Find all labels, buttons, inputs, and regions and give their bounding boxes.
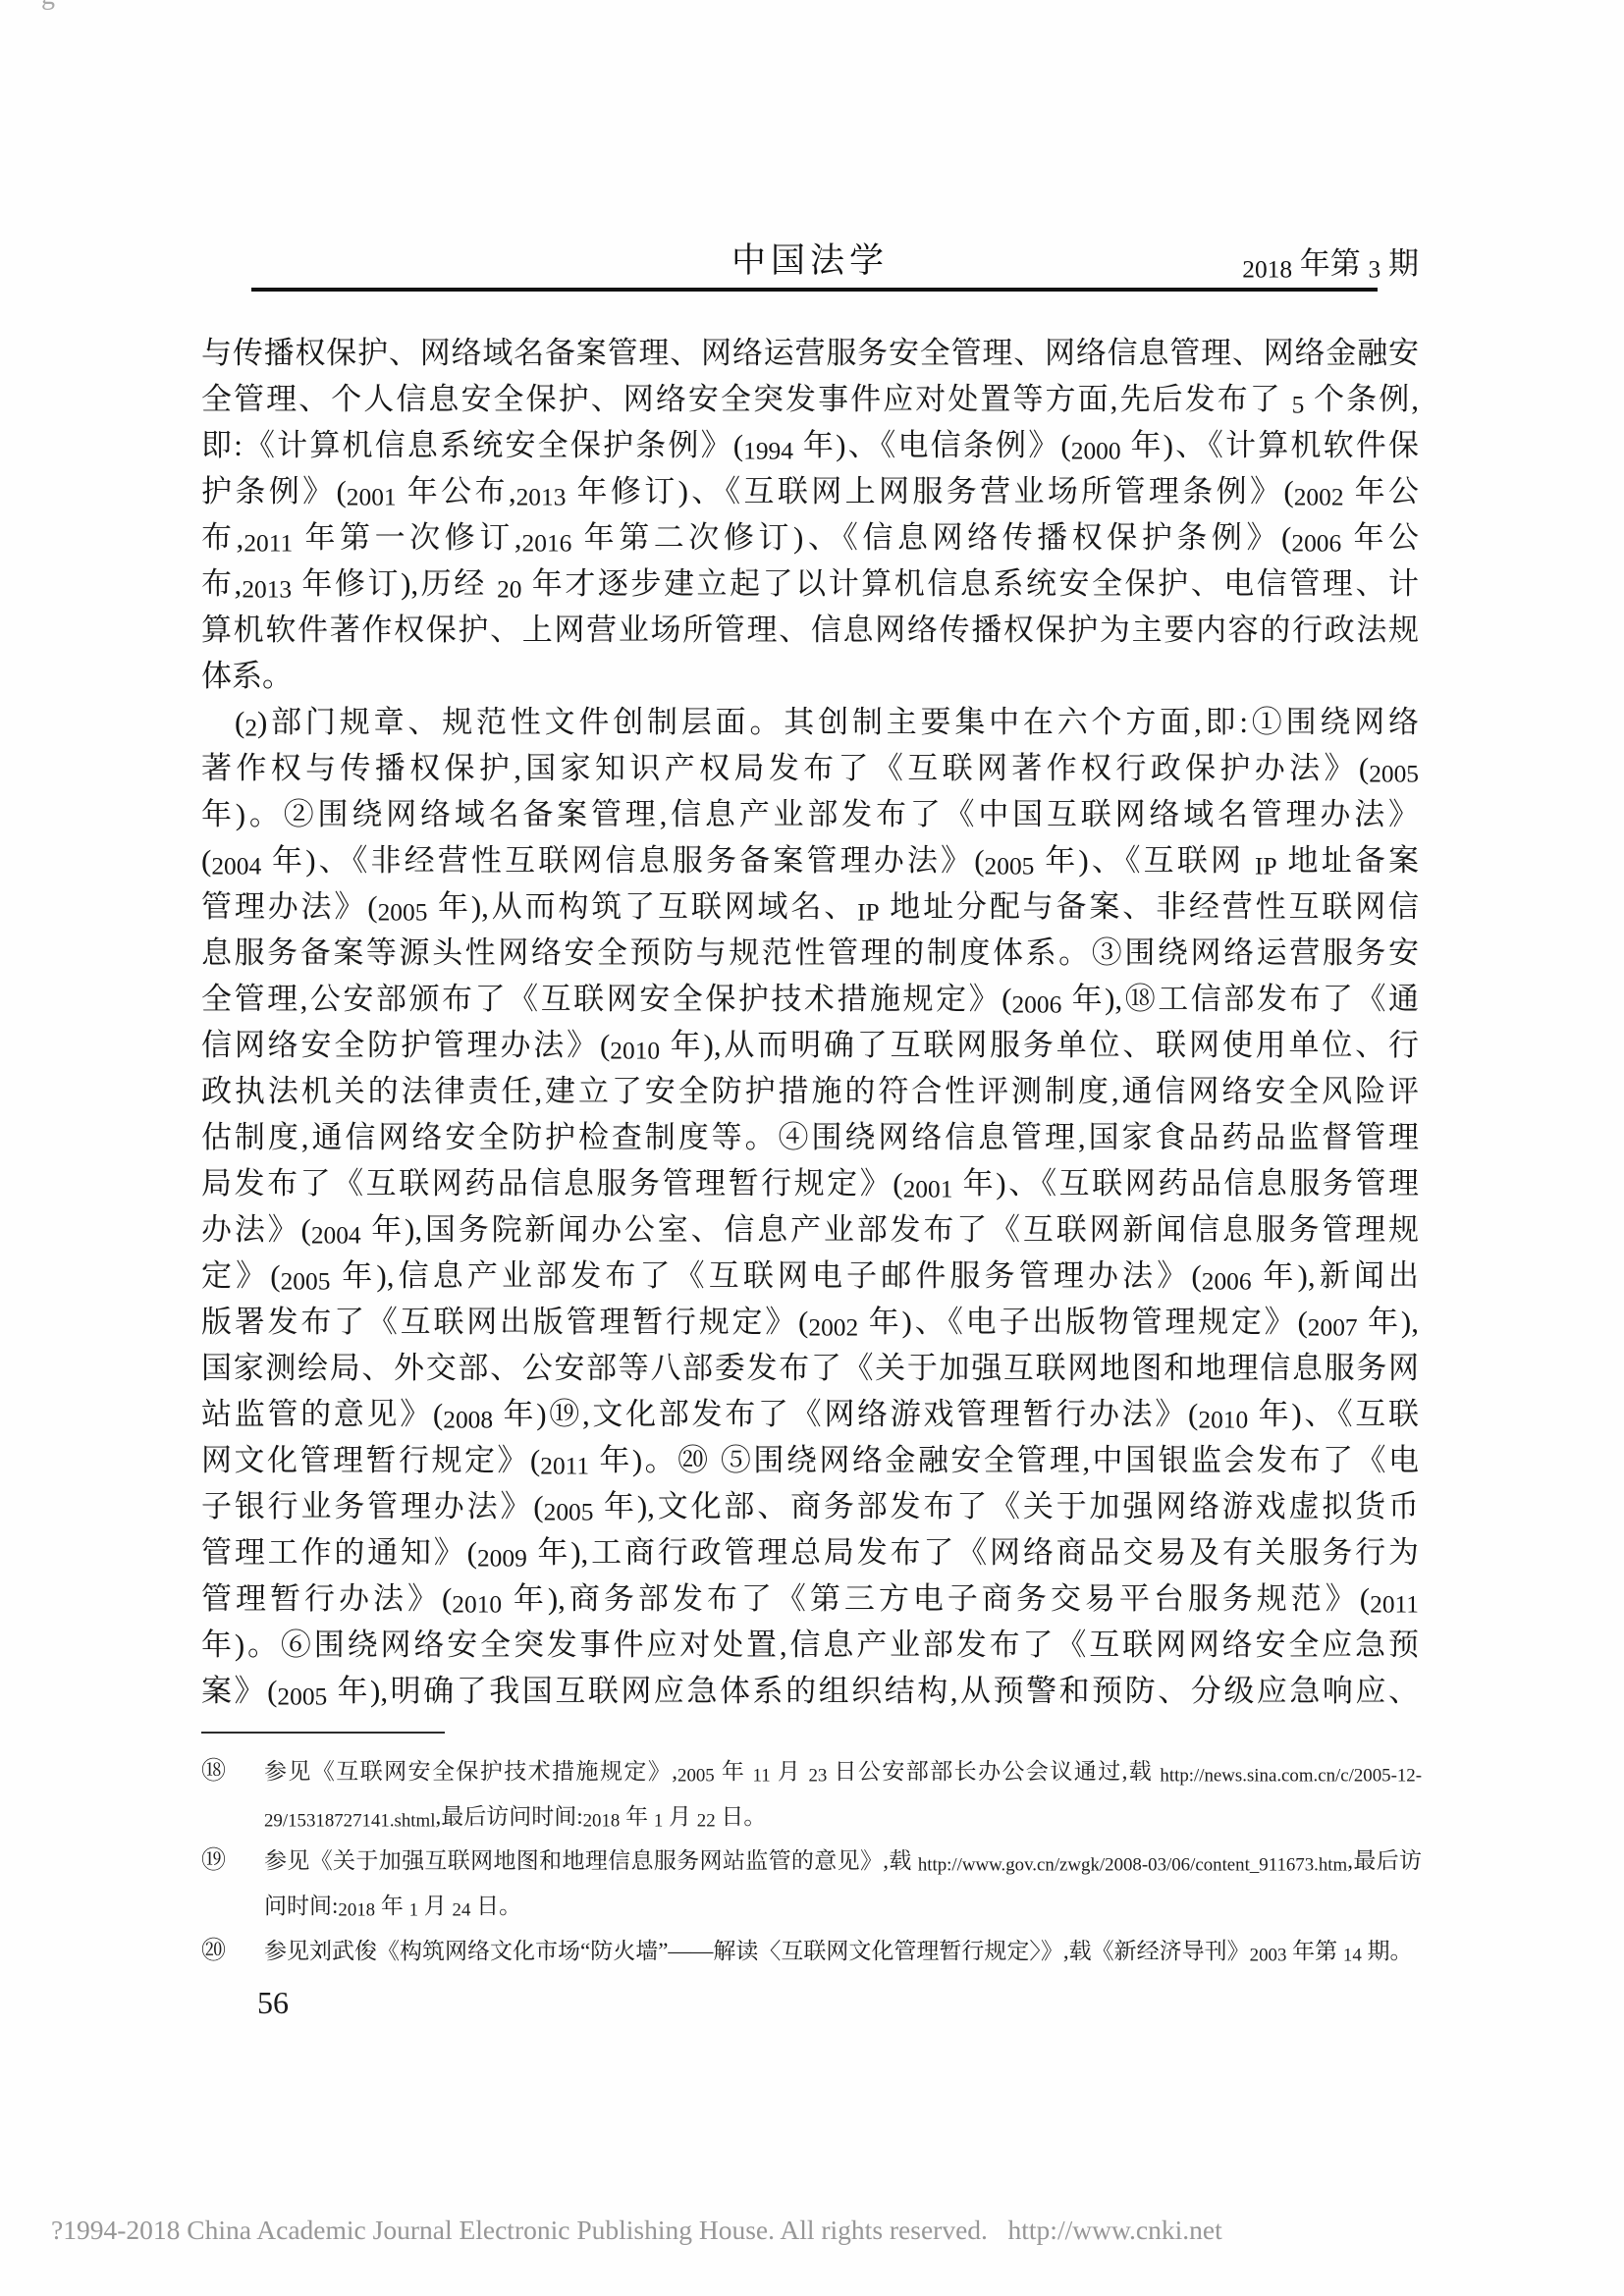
body-text-line: 政执法机关的法律责任,建立了安全防护措施的符合性评测制度,通信网络安全风险评 <box>201 1068 1419 1114</box>
body-text-line: 管理办法》(2005 年),从而构筑了互联网域名、IP 地址分配与备案、非经营性… <box>201 883 1419 930</box>
body-text-line: 国家测绘局、外交部、公安部等八部委发布了《关于加强互联网地图和地理信息服务网 <box>201 1345 1419 1391</box>
footnote-text: 参见《互联网安全保护技术措施规定》,2005 年 11 月 23 日公安部部长办… <box>264 1751 1422 1841</box>
footnote-text: 参见《关于加强互联网地图和地理信息服务网站监管的意见》,载 http://www… <box>264 1841 1422 1930</box>
body-text-line: 年)。②围绕网络域名备案管理,信息产业部发布了《中国互联网络域名管理办法》 <box>201 791 1419 837</box>
body-text-line: 与传播权保护、网络域名备案管理、网络运营服务安全管理、网络信息管理、网络金融安 <box>201 330 1419 376</box>
body-text-line: 布,2013 年修订),历经 20 年才逐步建立起了以计算机信息系统安全保护、电… <box>201 561 1419 607</box>
body-text-line: 著作权与传播权保护,国家知识产权局发布了《互联网著作权行政保护办法》(2005 <box>201 745 1419 791</box>
body-text-line: 全管理,公安部颁布了《互联网安全保护技术措施规定》(2006 年),⑱工信部发布… <box>201 976 1419 1022</box>
header-rule <box>251 288 1378 292</box>
body-text-line: 息服务备案等源头性网络安全预防与规范性管理的制度体系。③围绕网络运营服务安 <box>201 930 1419 976</box>
issue-label: 2018 年第 3 期 <box>1242 239 1419 285</box>
footnote-text: 参见刘武俊《构筑网络文化市场“防火墙”——解读〈互联网文化管理暂行规定〉》,载《… <box>264 1931 1422 1976</box>
journal-title: 中国法学 <box>201 234 1419 283</box>
body-text-line: 案》(2005 年),明确了我国互联网应急体系的组织结构,从预警和预防、分级应急… <box>201 1668 1419 1714</box>
footnote-item: ⑱ 参见《互联网安全保护技术措施规定》,2005 年 11 月 23 日公安部部… <box>201 1751 1422 1841</box>
body-text-line: 版署发布了《互联网出版管理暂行规定》(2002 年)、《电子出版物管理规定》(2… <box>201 1299 1419 1345</box>
body-text-line: 全管理、个人信息安全保护、网络安全突发事件应对处置等方面,先后发布了 5 个条例… <box>201 376 1419 422</box>
body-text-line: (2004 年)、《非经营性互联网信息服务备案管理办法》(2005 年)、《互联… <box>201 837 1419 883</box>
body-text-line: 布,2011 年第一次修订,2016 年第二次修订)、《信息网络传播权保护条例》… <box>201 514 1419 561</box>
body-text-line: (2)部门规章、规范性文件创制层面。其创制主要集中在六个方面,即:①围绕网络 <box>201 699 1419 745</box>
footnote-item: ⑲ 参见《关于加强互联网地图和地理信息服务网站监管的意见》,载 http://w… <box>201 1841 1422 1930</box>
body-text: 与传播权保护、网络域名备案管理、网络运营服务安全管理、网络信息管理、网络金融安 … <box>201 330 1419 1714</box>
body-text-line: 管理工作的通知》(2009 年),工商行政管理总局发布了《网络商品交易及有关服务… <box>201 1529 1419 1575</box>
body-text-line: 定》(2005 年),信息产业部发布了《互联网电子邮件服务管理办法》(2006 … <box>201 1253 1419 1299</box>
footnotes: ⑱ 参见《互联网安全保护技术措施规定》,2005 年 11 月 23 日公安部部… <box>201 1751 1422 1975</box>
body-text-line: 局发布了《互联网药品信息服务管理暂行规定》(2001 年)、《互联网药品信息服务… <box>201 1160 1419 1206</box>
footnote-marker: ⑱ <box>201 1751 264 1791</box>
body-text-line: 站监管的意见》(2008 年)⑲,文化部发布了《网络游戏管理暂行办法》(2010… <box>201 1391 1419 1437</box>
footnote-marker: ⑲ <box>201 1841 264 1881</box>
body-text-line: 算机软件著作权保护、上网营业场所管理、信息网络传播权保护为主要内容的行政法规 <box>201 607 1419 653</box>
scan-artifact: g <box>41 0 55 10</box>
copyright-footer: ?1994-2018 China Academic Journal Electr… <box>51 2215 1222 2246</box>
page-number: 56 <box>257 1985 289 2021</box>
body-text-line: 办法》(2004 年),国务院新闻办公室、信息产业部发布了《互联网新闻信息服务管… <box>201 1206 1419 1253</box>
body-text-line: 年)。⑥围绕网络安全突发事件应对处置,信息产业部发布了《互联网网络安全应急预 <box>201 1622 1419 1668</box>
body-text-line: 护条例》(2001 年公布,2013 年修订)、《互联网上网服务营业场所管理条例… <box>201 468 1419 514</box>
footnote-marker: ⑳ <box>201 1931 264 1971</box>
body-text-line: 子银行业务管理办法》(2005 年),文化部、商务部发布了《关于加强网络游戏虚拟… <box>201 1483 1419 1529</box>
body-text-line: 信网络安全防护管理办法》(2010 年),从而明确了互联网服务单位、联网使用单位… <box>201 1022 1419 1068</box>
document-page: g 中国法学 2018 年第 3 期 与传播权保护、网络域名备案管理、网络运营服… <box>0 0 1624 2296</box>
body-text-line: 网文化管理暂行规定》(2011 年)。⑳ ⑤围绕网络金融安全管理,中国银监会发布… <box>201 1437 1419 1483</box>
footnote-item: ⑳ 参见刘武俊《构筑网络文化市场“防火墙”——解读〈互联网文化管理暂行规定〉》,… <box>201 1931 1422 1976</box>
body-text-line: 估制度,通信网络安全防护检查制度等。④围绕网络信息管理,国家食品药品监督管理 <box>201 1114 1419 1160</box>
body-text-line: 即:《计算机信息系统安全保护条例》(1994 年)、《电信条例》(2000 年)… <box>201 422 1419 468</box>
footnote-separator <box>201 1732 445 1734</box>
body-text-line: 管理暂行办法》(2010 年),商务部发布了《第三方电子商务交易平台服务规范》(… <box>201 1575 1419 1622</box>
body-text-line: 体系。 <box>201 653 1419 699</box>
